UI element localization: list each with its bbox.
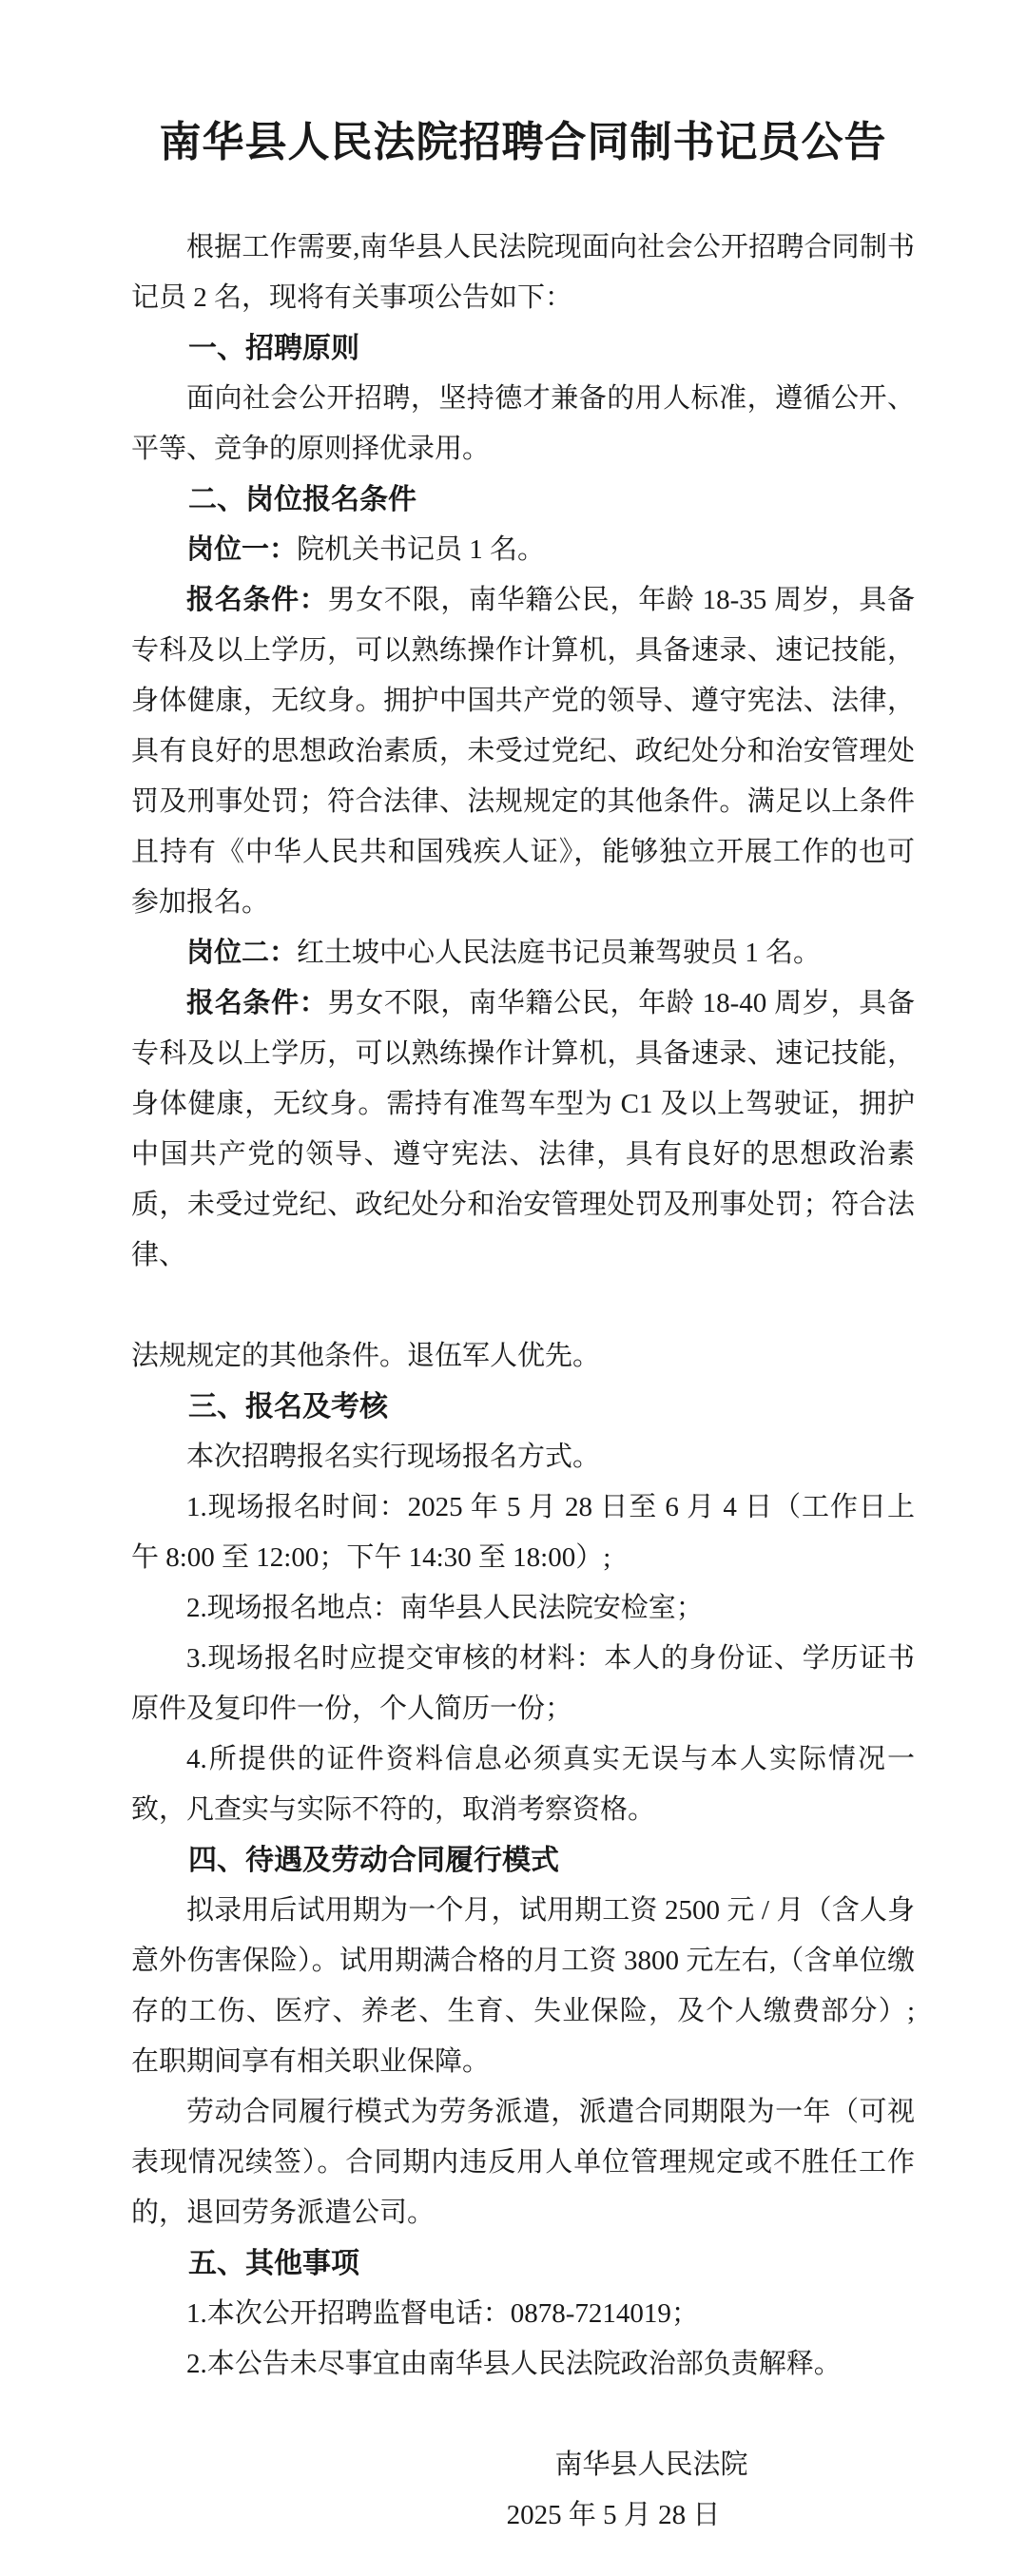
paragraph-position-2: 岗位二：红土坡中心人民法庭书记员兼驾驶员 1 名。	[131, 928, 915, 978]
section-heading-recruitment-principles: 一、招聘原则	[131, 323, 915, 374]
paragraph-requirements-1: 报名条件：男女不限，南华籍公民，年龄 18-35 周岁，具备专科及以上学历，可以…	[131, 575, 915, 928]
section-heading-salary-and-contract: 四、待遇及劳动合同履行模式	[131, 1835, 915, 1886]
paragraph-text: 男女不限，南华籍公民，年龄 18-40 周岁，具备专科及以上学历，可以熟练操作计…	[131, 988, 915, 1270]
paragraph-dispatch: 劳动合同履行模式为劳务派遣，派遣合同期限为一年（可视表现情况续签）。合同期内违反…	[131, 2087, 915, 2238]
list-item-truthfulness: 4.所提供的证件资料信息必须真实无误与本人实际情况一致，凡查实与实际不符的，取消…	[131, 1734, 915, 1835]
announcement-document: 南华县人民法院招聘合同制书记员公告 根据工作需要,南华县人民法院现面向社会公开招…	[0, 0, 1027, 2576]
list-item-supervision-phone: 1.本次公开招聘监督电话：0878-7214019；	[131, 2289, 915, 2339]
intro-paragraph: 根据工作需要,南华县人民法院现面向社会公开招聘合同制书记员 2 名，现将有关事项…	[131, 223, 915, 323]
paragraph-requirements-2: 报名条件：男女不限，南华籍公民，年龄 18-40 周岁，具备专科及以上学历，可以…	[131, 978, 915, 1281]
paragraph-lead: 报名条件：	[186, 988, 328, 1018]
paragraph: 本次招聘报名实行现场报名方式。	[131, 1432, 915, 1482]
paragraph-lead: 岗位二：	[186, 938, 297, 968]
signature-issuer: 南华县人民法院	[131, 2440, 915, 2490]
list-item-registration-place: 2.现场报名地点：南华县人民法院安检室；	[131, 1583, 915, 1634]
document-title: 南华县人民法院招聘合同制书记员公告	[131, 112, 915, 173]
list-item-interpretation: 2.本公告未尽事宜由南华县人民法院政治部负责解释。	[131, 2339, 915, 2390]
paragraph-text: 红土坡中心人民法庭书记员兼驾驶员 1 名。	[297, 938, 821, 968]
signature-date: 2025 年 5 月 28 日	[131, 2490, 915, 2541]
section-heading-position-requirements: 二、岗位报名条件	[131, 475, 915, 525]
paragraph-position-1: 岗位一：院机关书记员 1 名。	[131, 525, 915, 575]
list-item-registration-time: 1.现场报名时间：2025 年 5 月 28 日至 6 月 4 日（工作日上午 …	[131, 1482, 915, 1583]
section-heading-other-matters: 五、其他事项	[131, 2238, 915, 2289]
list-item-materials: 3.现场报名时应提交审核的材料：本人的身份证、学历证书原件及复印件一份，个人简历…	[131, 1634, 915, 1734]
paragraph-lead: 报名条件：	[186, 585, 328, 615]
paragraph-salary: 拟录用后试用期为一个月，试用期工资 2500 元 / 月（含人身意外伤害保险）。…	[131, 1886, 915, 2087]
paragraph: 面向社会公开招聘，坚持德才兼备的用人标准，遵循公开、平等、竞争的原则择优录用。	[131, 374, 915, 475]
paragraph-text: 男女不限，南华籍公民，年龄 18-35 周岁，具备专科及以上学历，可以熟练操作计…	[131, 585, 915, 918]
paragraph-text: 院机关书记员 1 名。	[297, 534, 545, 565]
section-heading-registration-and-assessment: 三、报名及考核	[131, 1382, 915, 1432]
paragraph-continuation: 法规规定的其他条件。退伍军人优先。	[131, 1331, 915, 1382]
paragraph-lead: 岗位一：	[186, 534, 297, 565]
